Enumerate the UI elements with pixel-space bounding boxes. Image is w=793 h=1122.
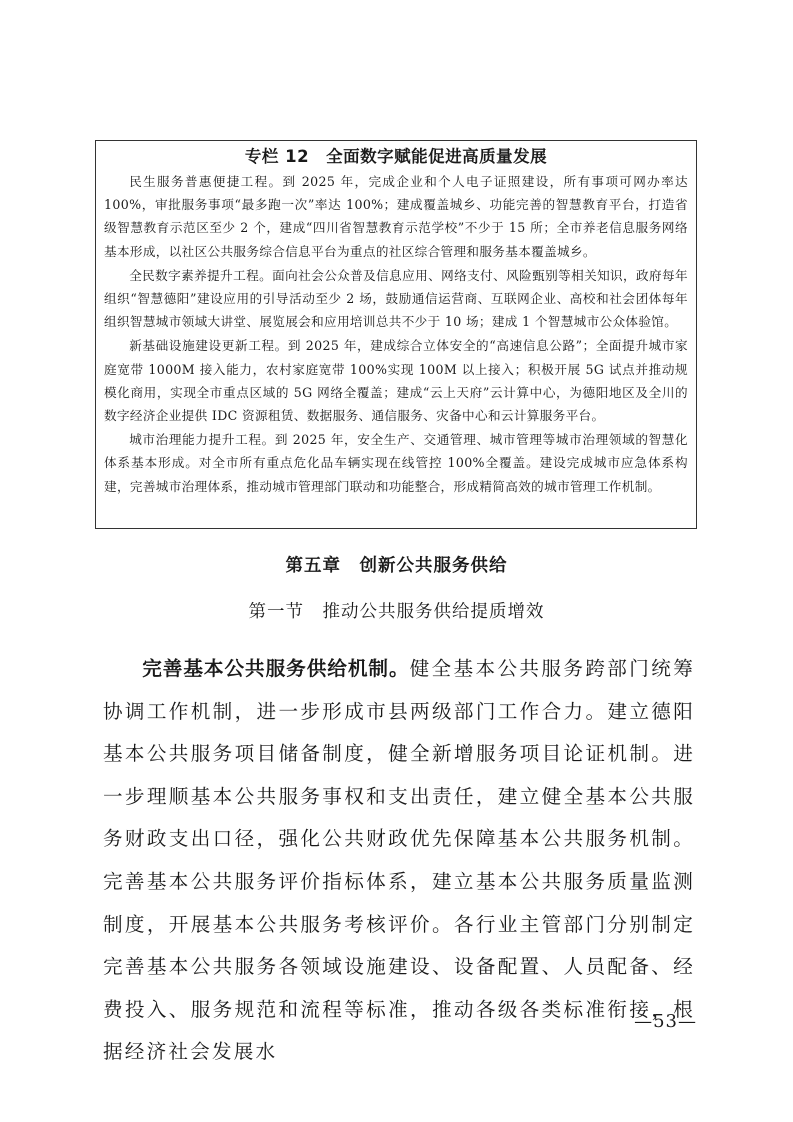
column-box-title: 专栏 12 全面数字赋能促进高质量发展 (104, 146, 688, 168)
section-title: 第一节 推动公共服务供给提质增效 (0, 598, 793, 623)
page-number: —53— (634, 1011, 697, 1032)
box-paragraph-city-governance: 城市治理能力提升工程。到 2025 年，安全生产、交通管理、城市管理等城市治理领… (104, 428, 688, 498)
box-paragraph-livelihood: 民生服务普惠便捷工程。到 2025 年，完成企业和个人电子证照建设，所有事项可网… (104, 170, 688, 263)
body-paragraph: 完善基本公共服务供给机制。健全基本公共服务跨部门统筹协调工作机制，进一步形成市县… (103, 648, 695, 1074)
box-paragraph-digital-literacy: 全民数字素养提升工程。面向社会公众普及信息应用、网络支付、风险甄别等相关知识，政… (104, 264, 688, 334)
box-paragraph-infrastructure: 新基础设施建设更新工程。到 2025 年，建成综合立体安全的“高速信息公路”；全… (104, 334, 688, 427)
column-box-12: 专栏 12 全面数字赋能促进高质量发展 民生服务普惠便捷工程。到 2025 年，… (95, 140, 697, 529)
paragraph-lead-heading: 完善基本公共服务供给机制。 (142, 657, 409, 680)
paragraph-body-text: 健全基本公共服务跨部门统筹协调工作机制，进一步形成市县两级部门工作合力。建立德阳… (103, 657, 695, 1063)
chapter-title: 第五章 创新公共服务供给 (0, 552, 793, 577)
